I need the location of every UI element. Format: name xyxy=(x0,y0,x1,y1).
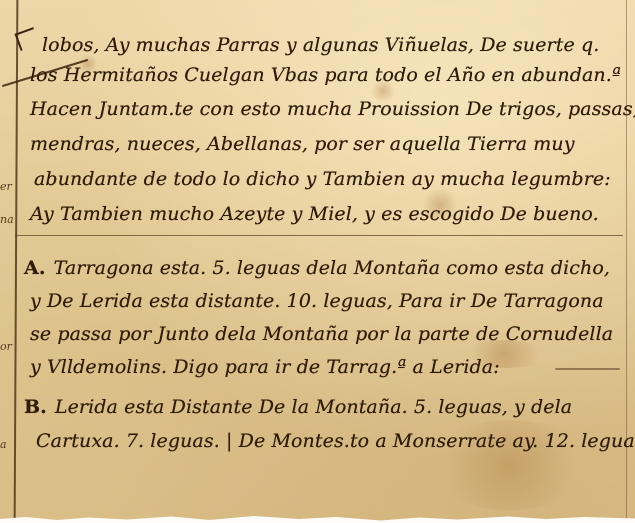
left-margin-rule xyxy=(14,0,18,523)
margin-note: na xyxy=(0,213,14,226)
text-line: mendras, nueces, Abellanas, por ser aque… xyxy=(30,133,575,155)
text-line-b-1: B.Lerida esta Distante De la Montaña. 5.… xyxy=(24,396,572,418)
torn-page-edge xyxy=(0,513,635,523)
manuscript-page: er na or a lobos, Ay muchas Parras y alg… xyxy=(0,0,635,523)
text-line: Cartuxa. 7. leguas. | De Montes.to a Mon… xyxy=(36,430,635,452)
margin-note: a xyxy=(0,438,7,451)
section-letter-b: B. xyxy=(24,396,47,418)
bracket-mark xyxy=(15,27,40,51)
text-line-a-1: A.Tarragona esta. 5. leguas dela Montaña… xyxy=(24,257,610,279)
ink-smudge xyxy=(555,368,620,370)
text-line: lobos, Ay muchas Parras y algunas Viñuel… xyxy=(42,34,599,56)
section-letter-a: A. xyxy=(24,257,46,279)
margin-note: er xyxy=(0,180,12,193)
text-line: abundante de todo lo dicho y Tambien ay … xyxy=(34,168,611,190)
text-line: y Vlldemolins. Digo para ir de Tarrag.ª … xyxy=(30,356,500,378)
text-line: Hacen Juntam.te con esto mucha Prouissio… xyxy=(30,98,635,120)
margin-note: or xyxy=(0,340,12,353)
text-line: se passa por Junto dela Montaña por la p… xyxy=(30,323,613,345)
section-divider xyxy=(15,235,623,236)
text-line: los Hermitaños Cuelgan Vbas para todo el… xyxy=(30,64,621,86)
text-line: y De Lerida esta distante. 10. leguas, P… xyxy=(30,290,604,312)
text-line: Ay Tambien mucho Azeyte y Miel, y es esc… xyxy=(30,203,599,225)
